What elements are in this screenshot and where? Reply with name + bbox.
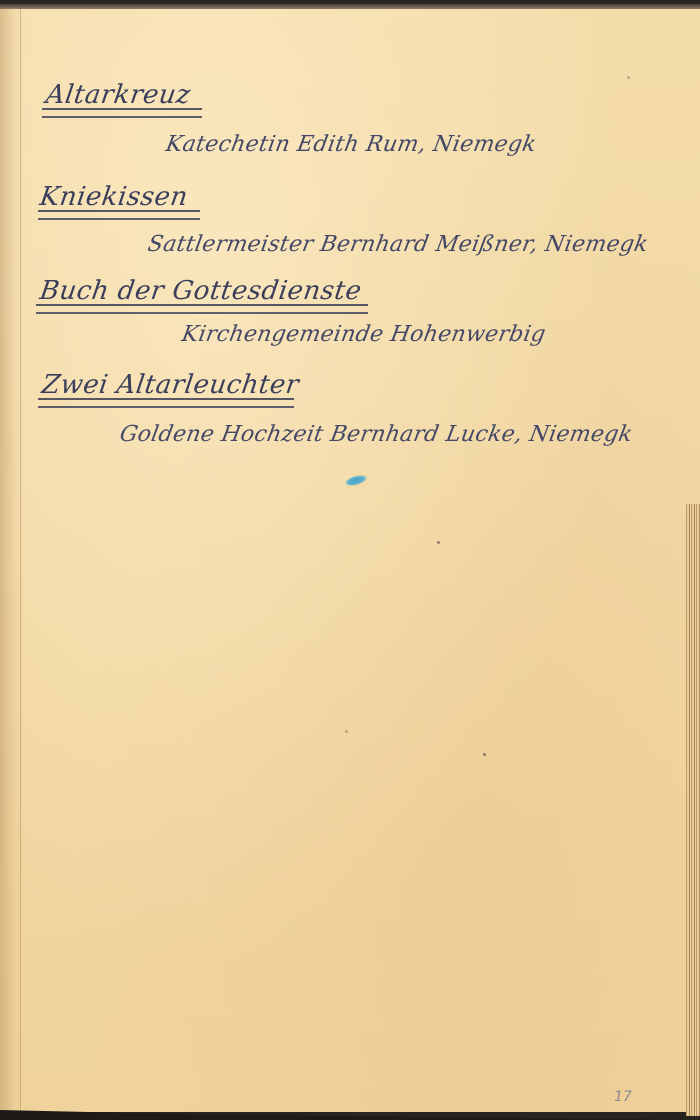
entry-heading: Zwei Altarleuchter [40,370,301,400]
page-number: 17 [614,1089,632,1105]
blue-ink-blot [344,473,368,487]
heading-double-underline [36,304,368,314]
paper-speck [483,753,486,756]
entry-heading: Buch der Gottesdienste [38,276,364,306]
entry-heading: Altarkreuz [44,80,193,110]
entry-donor: Goldene Hochzeit Bernhard Lucke, Niemegk [118,422,635,447]
paper-speck [627,76,630,79]
entry-heading: Kniekissen [38,182,190,212]
heading-double-underline [38,210,200,220]
paper-speck [345,730,348,733]
entry-donor: Katechetin Edith Rum, Niemegk [164,132,538,157]
heading-double-underline [42,108,202,118]
binding-fold-line [20,8,21,1116]
stacked-page-edges [686,504,700,1116]
entry-donor: Kirchengemeinde Hohenwerbig [180,322,548,347]
page-top-edge [0,4,700,9]
entry-donor: Sattlermeister Bernhard Meißner, Niemegk [146,232,650,257]
paper-speck [437,541,440,544]
document-page: Altarkreuz Katechetin Edith Rum, Niemegk… [0,4,700,1112]
heading-double-underline [38,398,294,408]
